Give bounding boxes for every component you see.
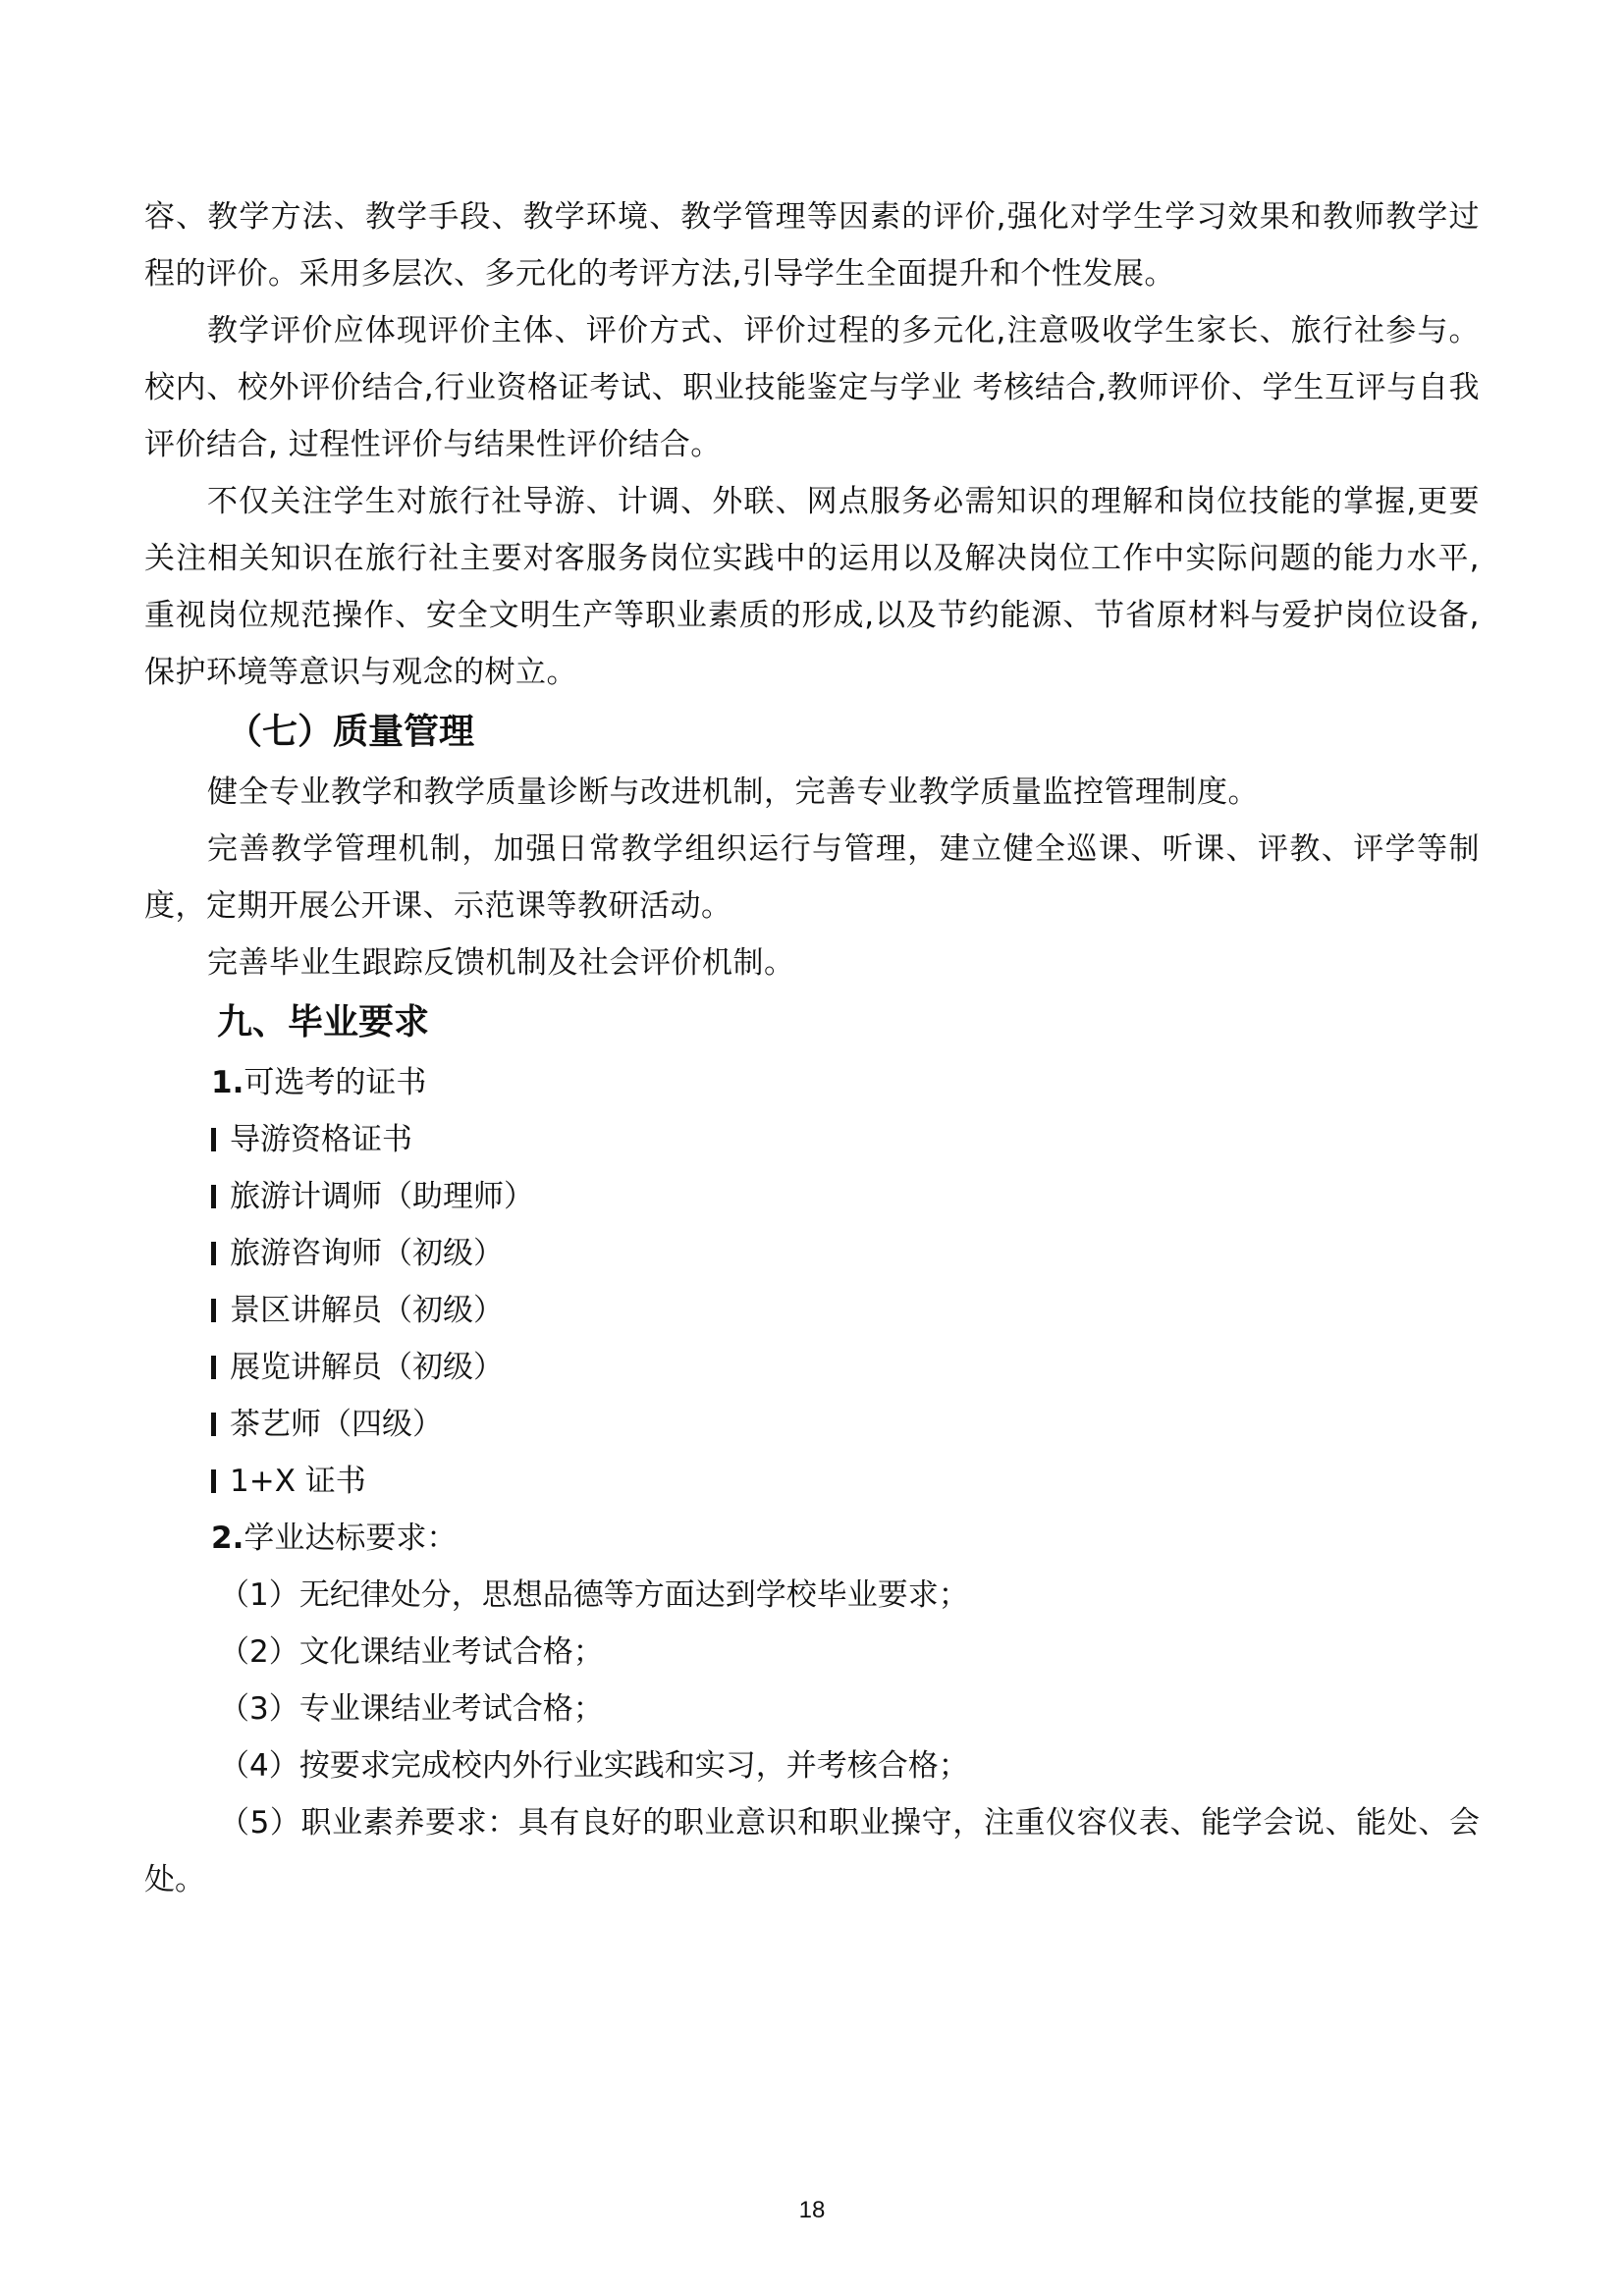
certificate-list: 导游资格证书 旅游计调师（助理师） 旅游咨询师（初级） 景区讲解员（初级） 展览…: [144, 1111, 1480, 1510]
requirement-item: （4）按要求完成校内外行业实践和实习，并考核合格；: [144, 1737, 1480, 1794]
certificate-item: 导游资格证书: [144, 1111, 1480, 1168]
paragraph-quality-2: 完善教学管理机制，加强日常教学组织运行与管理，建立健全巡课、听课、评教、评学等制…: [144, 821, 1480, 934]
certificate-item-text: 旅游计调师（助理师）: [230, 1179, 534, 1214]
paragraph-quality-3: 完善毕业生跟踪反馈机制及社会评价机制。: [144, 934, 1480, 991]
heading-quality-number: （七）: [227, 712, 333, 752]
bullet-bar-icon: [211, 1469, 216, 1493]
paragraph-eval-focus: 不仅关注学生对旅行社导游、计调、外联、网点服务必需知识的理解和岗位技能的掌握,更…: [144, 473, 1480, 701]
bullet-bar-icon: [211, 1185, 216, 1208]
bullet-bar-icon: [211, 1299, 216, 1322]
certificate-item-text: 1+X 证书: [230, 1464, 366, 1499]
certificates-label: 1.可选考的证书: [144, 1054, 1480, 1111]
academic-label-number: 2.: [211, 1521, 244, 1556]
page-number: 18: [0, 2197, 1624, 2224]
heading-quality-management: （七）质量管理: [144, 701, 1480, 764]
heading-graduation-requirements: 九、毕业要求: [144, 991, 1480, 1054]
paragraph-eval-diversity: 教学评价应体现评价主体、评价方式、评价过程的多元化,注意吸收学生家长、旅行社参与…: [144, 302, 1480, 473]
heading-quality-text: 质量管理: [333, 712, 474, 752]
requirement-item: （2）文化课结业考试合格；: [144, 1624, 1480, 1681]
certificate-item-text: 展览讲解员（初级）: [230, 1350, 504, 1385]
certificate-item: 茶艺师（四级）: [144, 1396, 1480, 1453]
bullet-bar-icon: [211, 1128, 216, 1151]
paragraph-eval-continuation: 容、教学方法、教学手段、教学环境、教学管理等因素的评价,强化对学生学习效果和教师…: [144, 188, 1480, 302]
certificate-item-text: 旅游咨询师（初级）: [230, 1236, 504, 1271]
bullet-bar-icon: [211, 1242, 216, 1265]
certificate-item: 展览讲解员（初级）: [144, 1339, 1480, 1396]
academic-requirements-list: （1）无纪律处分，思想品德等方面达到学校毕业要求； （2）文化课结业考试合格； …: [144, 1567, 1480, 1908]
certificate-item: 旅游计调师（助理师）: [144, 1168, 1480, 1225]
certificate-item-text: 导游资格证书: [230, 1122, 412, 1157]
certificate-item: 旅游咨询师（初级）: [144, 1225, 1480, 1282]
academic-label: 2.学业达标要求：: [144, 1510, 1480, 1567]
document-page: 容、教学方法、教学手段、教学环境、教学管理等因素的评价,强化对学生学习效果和教师…: [0, 0, 1624, 2296]
certificate-item-text: 茶艺师（四级）: [230, 1407, 443, 1442]
certificate-item: 景区讲解员（初级）: [144, 1282, 1480, 1339]
page-content: 容、教学方法、教学手段、教学环境、教学管理等因素的评价,强化对学生学习效果和教师…: [144, 188, 1480, 1908]
certificate-item-text: 景区讲解员（初级）: [230, 1293, 504, 1328]
requirement-item: （5）职业素养要求：具有良好的职业意识和职业操守，注重仪容仪表、能学会说、能处、…: [144, 1794, 1480, 1908]
certificates-label-text: 可选考的证书: [244, 1065, 426, 1100]
bullet-bar-icon: [211, 1356, 216, 1379]
certificate-item: 1+X 证书: [144, 1453, 1480, 1510]
requirement-item: （1）无纪律处分，思想品德等方面达到学校毕业要求；: [144, 1567, 1480, 1624]
paragraph-quality-1: 健全专业教学和教学质量诊断与改进机制，完善专业教学质量监控管理制度。: [144, 764, 1480, 821]
certificates-label-number: 1.: [211, 1065, 244, 1100]
bullet-bar-icon: [211, 1413, 216, 1436]
requirement-item: （3）专业课结业考试合格；: [144, 1681, 1480, 1737]
academic-label-text: 学业达标要求：: [244, 1521, 457, 1556]
